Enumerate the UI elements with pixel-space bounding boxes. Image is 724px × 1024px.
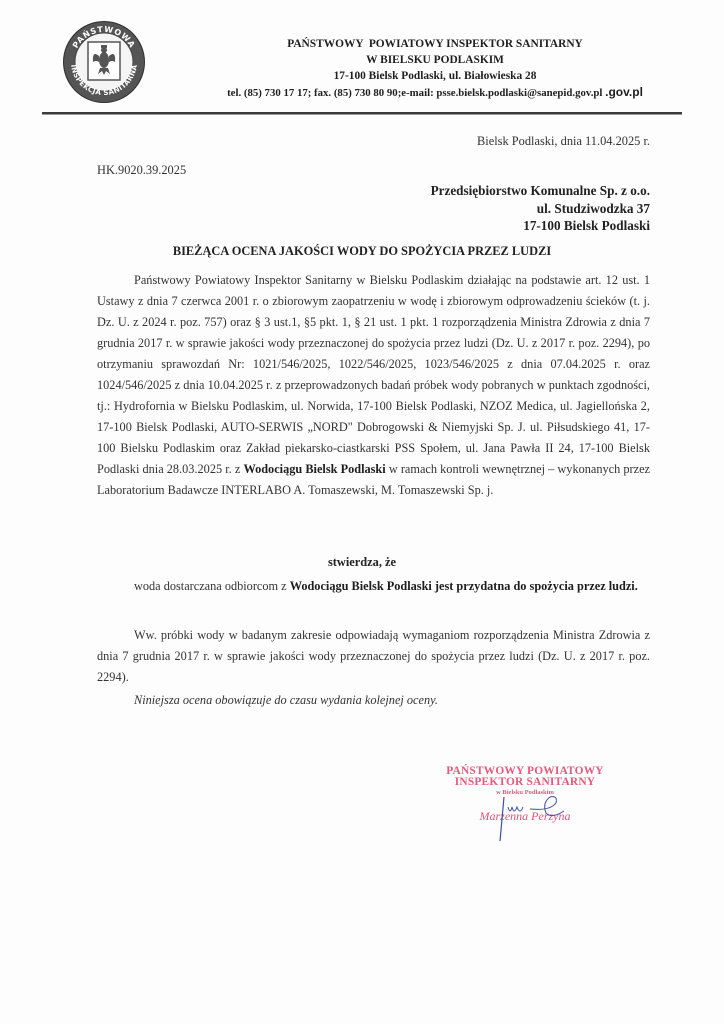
document-page: PAŃSTWOWA INSPEKCJA SANITARNA PAŃSTWOWY … <box>0 0 724 1024</box>
recipient-block: Przedsiębiorstwo Komunalne Sp. z o.o. ul… <box>431 182 650 235</box>
paragraph-legal-basis: Państwowy Powiatowy Inspektor Sanitarny … <box>97 270 650 501</box>
date-line: Bielsk Podlaski, dnia 11.04.2025 r. <box>477 134 650 149</box>
document-title: BIEŻĄCA OCENA JAKOŚCI WODY DO SPOŻYCIA P… <box>0 244 724 259</box>
declaration-heading: stwierdza, że <box>0 555 724 570</box>
letterhead-line-1: PAŃSTWOWY POWIATOWY INSPEKTOR SANITARNY <box>200 36 670 52</box>
paragraph-text: woda dostarczana odbiorcom z <box>134 579 290 593</box>
letterhead: PAŃSTWOWY POWIATOWY INSPEKTOR SANITARNY … <box>200 36 670 101</box>
paragraph-compliance: Ww. próbki wody w badanym zakresie odpow… <box>97 625 650 688</box>
recipient-name: Przedsiębiorstwo Komunalne Sp. z o.o. <box>431 182 650 200</box>
waterworks-name: Wodociągu Bielsk Podlaski <box>243 462 385 476</box>
panstwowa-inspekcja-sanitarna-logo-icon: PAŃSTWOWA INSPEKCJA SANITARNA <box>62 20 146 104</box>
recipient-city: 17-100 Bielsk Podlaski <box>431 217 650 235</box>
letterhead-contact: tel. (85) 730 17 17; fax. (85) 730 80 90… <box>200 84 670 101</box>
paragraph-text: Państwowy Powiatowy Inspektor Sanitarny … <box>97 273 650 476</box>
reference-number: HK.9020.39.2025 <box>97 163 186 178</box>
handwritten-signature-icon <box>490 793 590 843</box>
letterhead-address: 17-100 Bielsk Podlaski, ul. Białowieska … <box>200 68 670 84</box>
contact-details: tel. (85) 730 17 17; fax. (85) 730 80 90… <box>227 87 602 99</box>
gov-suffix: .gov.pl <box>605 85 643 99</box>
recipient-street: ul. Studziwodzka 37 <box>431 200 650 218</box>
paragraph-validity: Niniejsza ocena obowiązuje do czasu wyda… <box>97 690 650 711</box>
header-divider <box>42 112 682 114</box>
stamp-line-2: INSPEKTOR SANITARNY <box>445 777 605 788</box>
paragraph-conclusion: woda dostarczana odbiorcom z Wodociągu B… <box>97 576 650 597</box>
letterhead-line-2: W BIELSKU PODLASKIM <box>200 52 670 68</box>
conclusion-bold: Wodociągu Bielsk Podlaski jest przydatna… <box>290 579 638 593</box>
